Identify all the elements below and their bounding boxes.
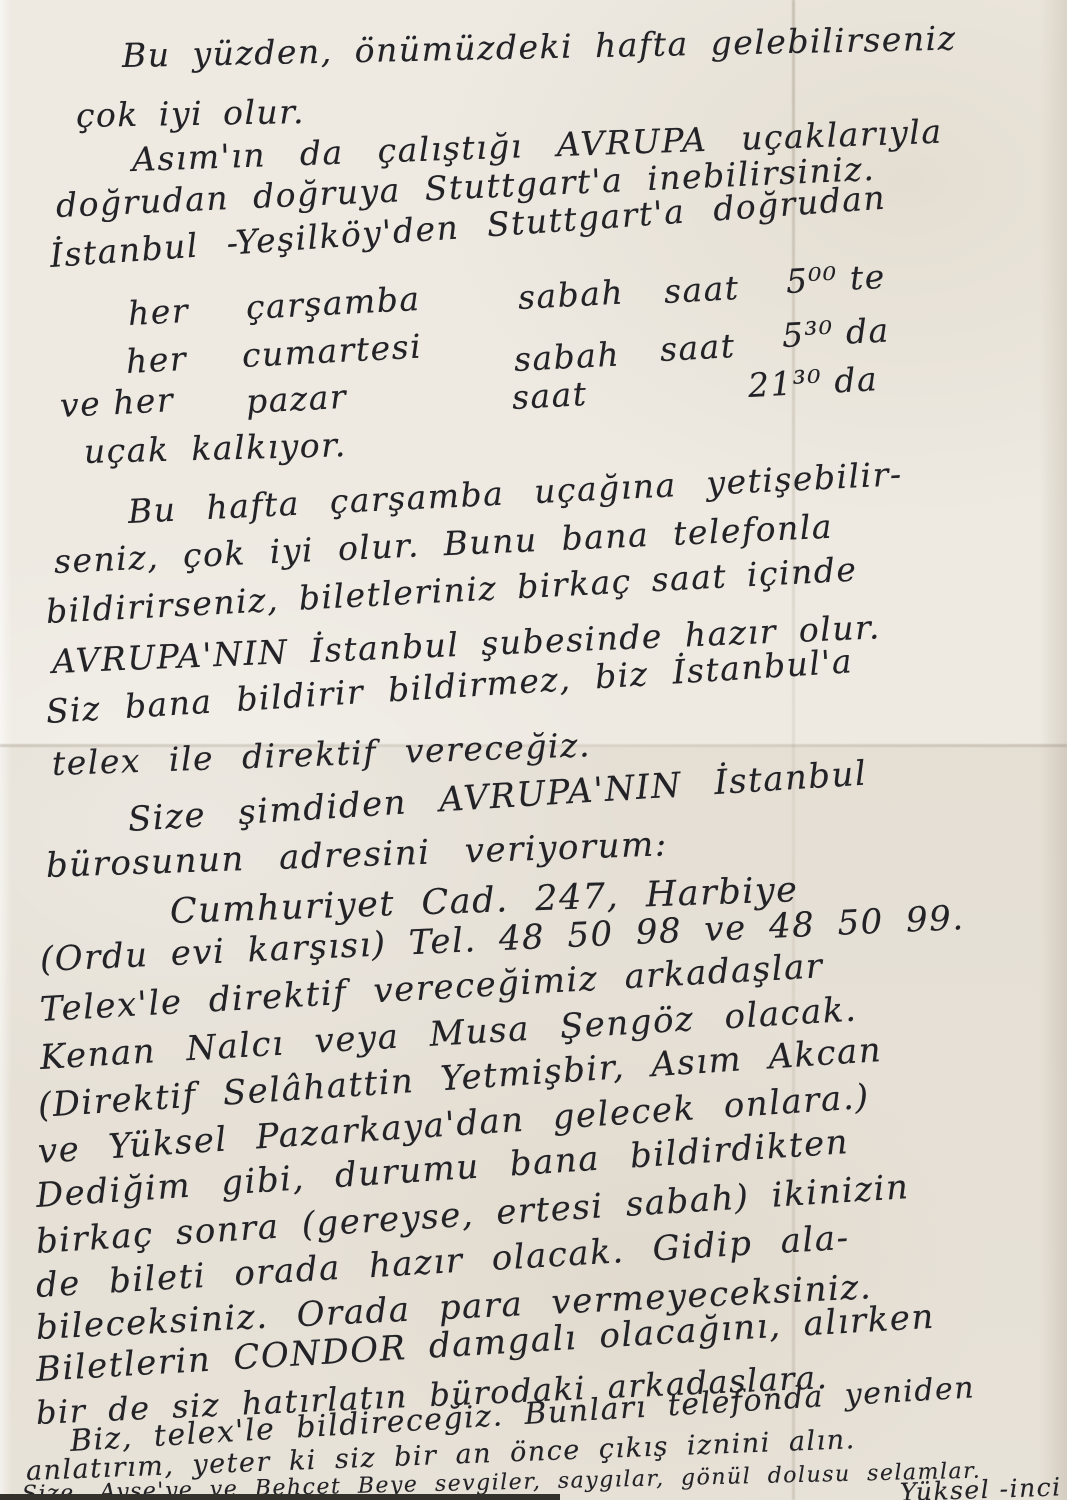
schedule-cell: pazar	[245, 377, 348, 421]
schedule-cell: 5³⁰ da	[781, 310, 891, 355]
schedule-cell: 21³⁰ da	[747, 359, 879, 405]
schedule-cell: sabah	[513, 334, 621, 379]
schedule-cell: cumartesi	[241, 327, 423, 375]
letter-line: Bu yüzden, önümüzdeki hafta gelebilirsen…	[122, 19, 957, 75]
schedule-cell: saat	[659, 326, 736, 369]
letter-line: çok iyi olur.	[76, 92, 306, 135]
schedule-cell: ve her	[59, 380, 175, 425]
schedule-cell: sabah	[517, 272, 625, 317]
schedule-cell: 5⁰⁰ te	[785, 257, 887, 301]
letter-page: Bu yüzden, önümüzdeki hafta gelebilirsen…	[0, 0, 1067, 1500]
signature: Yüksel -inci	[899, 1472, 1062, 1500]
scan-edge	[0, 1494, 560, 1500]
letter-line: uçak kalkıyor.	[83, 425, 347, 471]
schedule-cell: her	[127, 291, 190, 333]
schedule-cell: çarşamba	[245, 279, 421, 327]
letter-line: telex ile direktif vereceğiz.	[51, 725, 591, 783]
schedule-cell: saat	[663, 268, 740, 311]
schedule-cell: her	[125, 339, 188, 381]
schedule-cell: saat	[511, 374, 588, 417]
